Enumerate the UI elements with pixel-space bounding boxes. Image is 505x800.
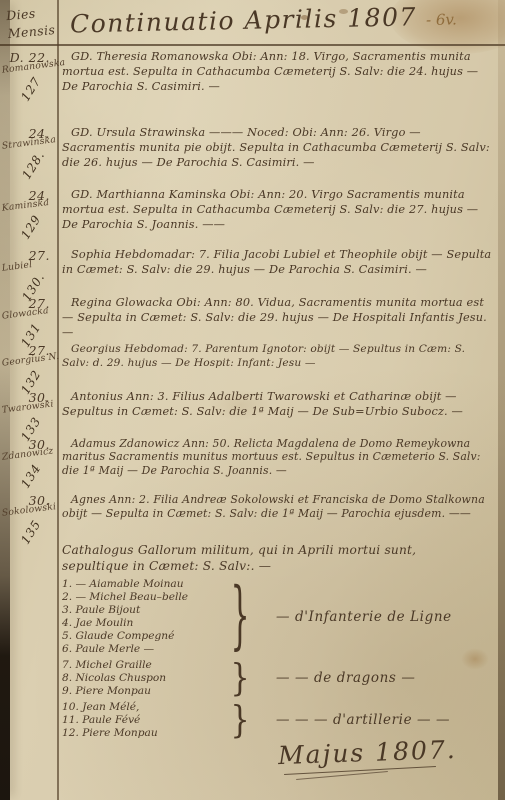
entry-margin: 24. Kaminska 129 bbox=[0, 188, 57, 248]
entry-text: Antonius Ann: 3. Filius Adalberti Twarow… bbox=[57, 390, 505, 437]
folio-number: - 6v. bbox=[426, 10, 457, 29]
entry-margin: 30. Sokolowski 135 bbox=[0, 493, 57, 540]
entry-margin: 27. Glowacka 131 bbox=[0, 296, 57, 343]
catalog-name: 5. Glaude Compegné bbox=[62, 630, 230, 643]
catalog-name: 3. Paule Bijout bbox=[62, 604, 230, 617]
catalog-name-list: 7. Michel Graille 8. Nicolas Chuspon 9. … bbox=[62, 659, 230, 698]
catalog-name: 8. Nicolas Chuspon bbox=[62, 672, 230, 685]
catalog-name: 1. — Aiamable Moinau bbox=[62, 578, 230, 591]
soldier-catalog: Cathalogus Gallorum militum, qui in Apri… bbox=[62, 543, 494, 740]
register-entry: D. 22. Romanowska 127 GD. Theresia Roman… bbox=[0, 50, 505, 126]
entry-text: GD. Theresia Romanowska Obi: Ann: 18. Vi… bbox=[57, 50, 505, 126]
register-entry: 27. Georgius N. 132 Georgius Hebdomad: 7… bbox=[0, 343, 505, 390]
catalog-name: 2. — Michel Beau–belle bbox=[62, 591, 230, 604]
catalog-name-list: 1. — Aiamable Moinau 2. — Michel Beau–be… bbox=[62, 578, 230, 656]
register-entry: 30. Twarowski 133 Antonius Ann: 3. Filiu… bbox=[0, 390, 505, 437]
register-entries: D. 22. Romanowska 127 GD. Theresia Roman… bbox=[0, 50, 505, 740]
catalog-name: 12. Piere Monpau bbox=[62, 727, 230, 740]
catalog-name: 6. Paule Merle — bbox=[62, 643, 230, 656]
register-entry: 27. Glowacka 131 Regina Glowacka Obi: An… bbox=[0, 296, 505, 343]
entry-register-number: 128. bbox=[19, 148, 47, 181]
catalog-heading: Cathalogus Gallorum militum, qui in Apri… bbox=[62, 543, 464, 575]
brace-icon: } bbox=[230, 656, 250, 700]
header-rule-horizontal bbox=[0, 44, 505, 46]
entry-text: GD. Ursula Strawinska ——— Noced: Obi: An… bbox=[57, 126, 505, 188]
register-entry: 30. Sokolowski 135 Agnes Ann: 2. Filia A… bbox=[0, 493, 505, 540]
entry-margin: 30. Twarowski 133 bbox=[0, 390, 57, 437]
page-title: Continuatio Aprilis 1807 bbox=[70, 2, 417, 38]
entry-register-number: 127 bbox=[18, 74, 44, 103]
register-entry: 27. Lubiel 130. Sophia Hebdomadar: 7. Fi… bbox=[0, 248, 505, 296]
catalog-group-artillery: 10. Jean Mélé, 11. Paule Févé 12. Piere … bbox=[62, 701, 494, 740]
catalog-name: 11. Paule Févé bbox=[62, 714, 230, 727]
catalog-group-infantry: 1. — Aiamable Moinau 2. — Michel Beau–be… bbox=[62, 578, 494, 656]
entry-register-number: 129 bbox=[18, 212, 44, 241]
entry-margin: 30. Zdanowicz 134 bbox=[0, 437, 57, 493]
entry-register-number: 135 bbox=[18, 517, 44, 546]
entry-margin: D. 22. Romanowska 127 bbox=[0, 50, 57, 126]
catalog-group-label: — d'Infanterie de Ligne bbox=[276, 609, 452, 625]
catalog-group-label: — — de dragons — bbox=[276, 670, 415, 686]
register-entry: 30. Zdanowicz 134 Adamus Zdanowicz Ann: … bbox=[0, 437, 505, 493]
catalog-group-label: — — — d'artillerie — — bbox=[276, 712, 450, 728]
entry-text: Sophia Hebdomadar: 7. Filia Jacobi Lubie… bbox=[57, 248, 505, 296]
manuscript-page: Dies Mensis Continuatio Aprilis 1807 - 6… bbox=[0, 0, 505, 800]
entry-margin: 27. Georgius N. 132 bbox=[0, 343, 57, 390]
register-entry: 24. Kaminska 129 GD. Marthianna Kaminska… bbox=[0, 188, 505, 248]
catalog-name-list: 10. Jean Mélé, 11. Paule Févé 12. Piere … bbox=[62, 701, 230, 740]
entry-text: Agnes Ann: 2. Filia Andreæ Sokolowski et… bbox=[57, 493, 505, 540]
catalog-group-dragoons: 7. Michel Graille 8. Nicolas Chuspon 9. … bbox=[62, 659, 494, 698]
entry-text: Adamus Zdanowicz Ann: 50. Relicta Magdal… bbox=[57, 437, 505, 493]
next-month-label: Majus 1807. bbox=[278, 735, 458, 770]
margin-column-header: Dies Mensis bbox=[6, 3, 57, 43]
catalog-name: 4. Jae Moulin bbox=[62, 617, 230, 630]
brace-icon: } bbox=[230, 574, 250, 660]
page-title-block: Continuatio Aprilis 1807 - 6v. bbox=[70, 1, 501, 39]
entry-text: GD. Marthianna Kaminska Obi: Ann: 20. Vi… bbox=[57, 188, 505, 248]
margin-column-header-line2: Mensis bbox=[7, 21, 56, 43]
entry-margin: 24. Strawinska 128. bbox=[0, 126, 57, 188]
catalog-name: 10. Jean Mélé, bbox=[62, 701, 230, 714]
register-entry: 24. Strawinska 128. GD. Ursula Strawinsk… bbox=[0, 126, 505, 188]
entry-text: Georgius Hebdomad: 7. Parentum Ignotor: … bbox=[57, 343, 505, 390]
entry-text: Regina Glowacka Obi: Ann: 80. Vidua, Sac… bbox=[57, 296, 505, 343]
entry-margin: 27. Lubiel 130. bbox=[0, 248, 57, 296]
next-month-heading: Majus 1807. bbox=[278, 738, 457, 776]
brace-icon: } bbox=[230, 699, 250, 743]
entry-register-number: 134 bbox=[18, 461, 44, 490]
catalog-name: 7. Michel Graille bbox=[62, 659, 230, 672]
catalog-name: 9. Piere Monpau bbox=[62, 685, 230, 698]
